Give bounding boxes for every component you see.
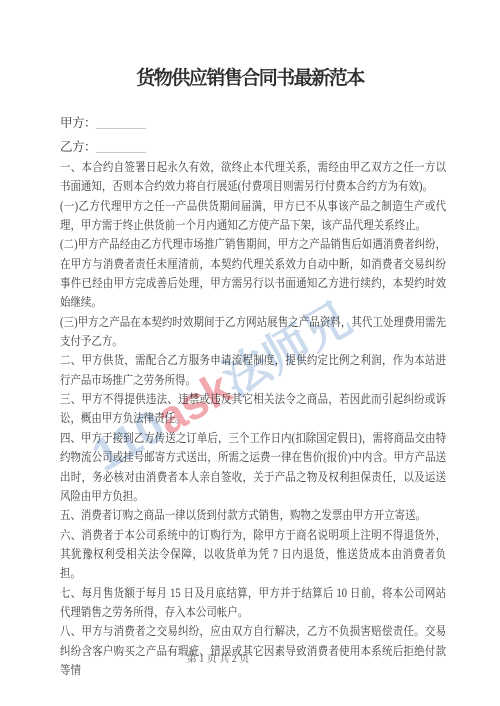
clause-7: 七、每月售货额于每月 15 日及月底结算，甲方并于结算后 10 日前，将本公司网… (60, 584, 446, 623)
page-title: 货物供应销售合同书最新范本 (0, 63, 500, 90)
party-a-label: 甲方： (60, 116, 96, 130)
party-b-row: 乙方：________ (60, 135, 146, 159)
clause-1-item-1: (一)乙方代理甲方之任一产品供货期间届满，甲方已不从事该产品之制造生产或代理，甲… (60, 197, 446, 236)
party-a-blank: ________ (96, 116, 146, 130)
clause-2: 二、甲方供货，需配合乙方服务申请流程制度，提供约定比例之利润，作为本站进行产品市… (60, 351, 446, 390)
parties-block: 甲方：________ 乙方：________ (60, 111, 146, 159)
party-a-row: 甲方：________ (60, 111, 146, 135)
clause-1-item-2: (二)甲方产品经由乙方代理市场推广销售期间，甲方之产品销售后如遇消费者纠纷，在甲… (60, 235, 446, 312)
contract-page: 110ask法师兄 货物供应销售合同书最新范本 甲方：________ 乙方：_… (0, 0, 500, 706)
clause-1: 一、本合约自签署日起永久有效，欲终止本代理关系，需经由甲乙双方之任一方以书面通知… (60, 158, 446, 197)
contract-body: 一、本合约自签署日起永久有效，欲终止本代理关系，需经由甲乙双方之任一方以书面通知… (60, 158, 446, 680)
clause-1-item-3: (三)甲方之产品在本契约时效期间于乙方网站展售之产品资料，其代工处理费用需先支付… (60, 313, 446, 352)
party-b-label: 乙方： (60, 140, 96, 154)
clause-4: 四、甲方于接到乙方传送之订单后，三个工作日内(扣除国定假日)，需将商品交由特约物… (60, 429, 446, 506)
page-number: 第 1 页 共 2 页 (0, 650, 436, 665)
clause-3: 三、甲方不得提供违法、违禁或违反其它相关法令之商品，若因此而引起纠纷或诉讼，概由… (60, 390, 446, 429)
party-b-blank: ________ (96, 140, 146, 154)
clause-6: 六、消费者于本公司系统中的订购行为，除甲方于商名说明项上注明不得退货外，其犹豫权… (60, 526, 446, 584)
clause-5: 五、消费者订购之商品一律以货到付款方式销售，购物之发票由甲方开立寄送。 (60, 506, 446, 525)
